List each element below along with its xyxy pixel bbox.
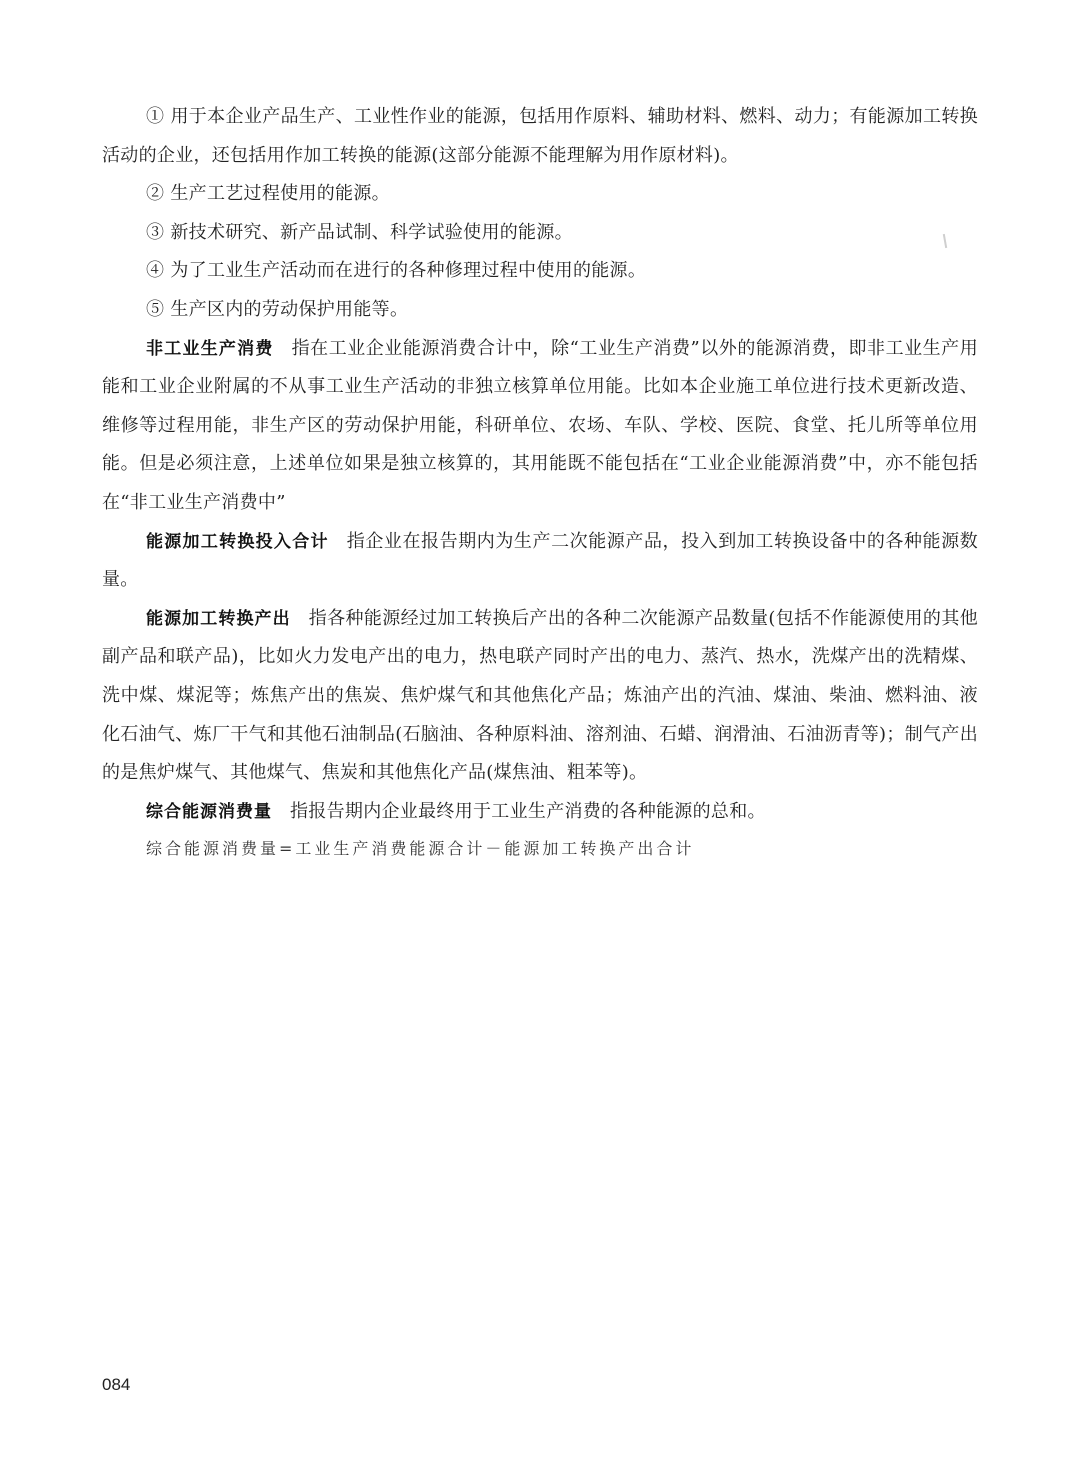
list-marker: ④ — [146, 260, 164, 281]
list-item-text: 新技术研究、新产品试制、科学试验使用的能源。 — [170, 222, 573, 243]
definition-term: 非工业生产消费 — [146, 339, 274, 359]
definition-comprehensive-consumption: 综合能源消费量指报告期内企业最终用于工业生产消费的各种能源的总和。 — [102, 793, 978, 832]
list-item-text: 为了工业生产活动而在进行的各种修理过程中使用的能源。 — [170, 260, 646, 281]
document-page: ① 用于本企业产品生产、工业性作业的能源，包括用作原料、辅助材料、燃料、动力；有… — [102, 98, 978, 867]
list-item-text: 生产区内的劳动保护用能等。 — [170, 299, 408, 320]
formula: 综合能源消费量=工业生产消费能源合计－能源加工转换产出合计 — [102, 831, 978, 867]
list-item-text: 用于本企业产品生产、工业性作业的能源，包括用作原料、辅助材料、燃料、动力；有能源… — [102, 106, 978, 166]
list-item-4: ④ 为了工业生产活动而在进行的各种修理过程中使用的能源。 — [102, 252, 978, 291]
definition-term: 综合能源消费量 — [146, 802, 272, 822]
list-marker: ⑤ — [146, 299, 164, 320]
definition-text: 指报告期内企业最终用于工业生产消费的各种能源的总和。 — [290, 801, 766, 822]
definition-term: 能源加工转换产出 — [146, 609, 291, 629]
definition-non-industrial-consumption: 非工业生产消费指在工业企业能源消费合计中，除“工业生产消费”以外的能源消费，即非… — [102, 330, 978, 523]
list-marker: ① — [146, 106, 164, 127]
definition-conversion-input-total: 能源加工转换投入合计指企业在报告期内为生产二次能源产品，投入到加工转换设备中的各… — [102, 523, 978, 600]
list-item-text: 生产工艺过程使用的能源。 — [170, 183, 390, 204]
list-item-3: ③ 新技术研究、新产品试制、科学试验使用的能源。 — [102, 214, 978, 253]
list-item-1: ① 用于本企业产品生产、工业性作业的能源，包括用作原料、辅助材料、燃料、动力；有… — [102, 98, 978, 175]
list-marker: ③ — [146, 222, 164, 243]
page-number: 084 — [102, 1375, 130, 1395]
list-item-2: ② 生产工艺过程使用的能源。 — [102, 175, 978, 214]
definition-text: 指在工业企业能源消费合计中，除“工业生产消费”以外的能源消费，即非工业生产用能和… — [102, 338, 978, 513]
list-item-5: ⑤ 生产区内的劳动保护用能等。 — [102, 291, 978, 330]
list-marker: ② — [146, 183, 164, 204]
definition-term: 能源加工转换投入合计 — [146, 532, 329, 552]
definition-conversion-output: 能源加工转换产出指各种能源经过加工转换后产出的各种二次能源产品数量(包括不作能源… — [102, 600, 978, 793]
definition-text: 指各种能源经过加工转换后产出的各种二次能源产品数量(包括不作能源使用的其他副产品… — [102, 608, 978, 783]
